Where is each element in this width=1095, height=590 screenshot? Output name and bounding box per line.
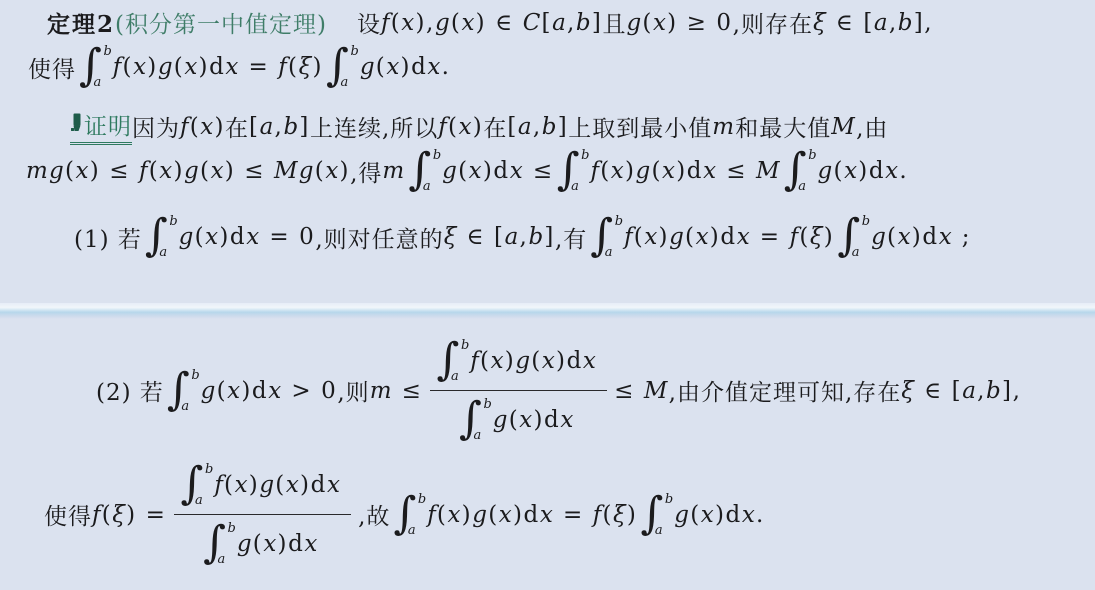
text-run: ,由 (856, 110, 888, 143)
math-run: g(x)dx ; (871, 224, 971, 250)
fraction-numerator: ∫baf(x)g(x)dx (430, 336, 608, 391)
integral: ∫ba (640, 490, 673, 540)
proof-label: 证明 (70, 108, 132, 145)
integral-bounds: ba (417, 490, 426, 540)
integral-lower-bound: a (159, 246, 177, 259)
integral-bounds: ba (227, 519, 236, 569)
conclusion-line: 使得 f(ξ) =∫baf(x)g(x)dx∫bag(x)dx,故∫baf(x)… (44, 460, 765, 569)
integral-lower-bound: a (218, 553, 236, 566)
integral-lower-bound: a (655, 524, 673, 537)
math-run: mg(x) ≤ f(x)g(x) ≤ Mg(x) (26, 158, 350, 184)
text-run: 在 (225, 110, 249, 143)
text-run: 设 (357, 6, 381, 39)
math-run: m ≤ (370, 378, 423, 404)
math-run: g(x)dx. (360, 54, 451, 80)
section-divider (0, 303, 1095, 319)
integral-bounds: ba (807, 146, 816, 196)
integral-lower-bound: a (423, 180, 441, 193)
math-run: g(x)dx (237, 531, 319, 557)
text-run: ,故 (358, 498, 390, 531)
integral-upper-bound: b (103, 45, 111, 58)
text-run: 在 (483, 110, 507, 143)
integral-upper-bound: b (483, 398, 491, 411)
integral-upper-bound: b (350, 45, 358, 58)
integral-bounds: ba (432, 146, 441, 196)
integral-lower-bound: a (571, 180, 589, 193)
integral-bounds: ba (614, 212, 623, 262)
math-run: m (712, 114, 735, 140)
integral-bounds: ba (102, 42, 111, 92)
math-run: m (382, 158, 405, 184)
text-run: 且 (602, 6, 626, 39)
math-run: ≤ M (614, 378, 669, 404)
math-run: g(x)dx (493, 407, 575, 433)
integral-lower-bound: a (340, 76, 358, 89)
theorem-title-line: 定理2(积分第一中值定理)设 f(x),g(x) ∈ C[a,b] 且 g(x)… (47, 6, 933, 39)
integral: ∫ba (837, 212, 870, 262)
math-run: f(x)g(x)dx (214, 472, 341, 498)
text-run: , (924, 10, 932, 36)
integral-bounds: ba (580, 146, 589, 196)
fraction: ∫baf(x)g(x)dx∫bag(x)dx (174, 460, 352, 569)
integral-lower-bound: a (798, 180, 816, 193)
math-run: f(x)g(x)dx ≤ M (590, 158, 780, 184)
math-run: g(x)dx. (818, 158, 909, 184)
text-run: (1) 若 (74, 221, 142, 254)
integral-upper-bound: b (581, 149, 589, 162)
math-run: f(x) (438, 114, 483, 140)
math-run: g(x)dx = 0 (179, 224, 316, 250)
integral-upper-bound: b (228, 522, 236, 535)
integral-bounds: ba (190, 366, 199, 416)
integral-lower-bound: a (195, 494, 213, 507)
integral-upper-bound: b (191, 369, 199, 382)
text-run: ,则对任意的 (315, 221, 443, 254)
text-run: ,由介值定理可知,存在 (669, 374, 902, 407)
text-run: , (1013, 378, 1021, 404)
fraction-denominator: ∫bag(x)dx (196, 515, 329, 569)
integral-lower-bound: a (473, 429, 491, 442)
integral-lower-bound: a (852, 246, 870, 259)
math-run: ξ ∈ [a,b] (901, 378, 1012, 404)
text-run: 上取到最小值 (568, 110, 712, 143)
math-run: g(x)dx > 0 (201, 378, 338, 404)
math-run: g(x)dx. (674, 502, 765, 528)
integral-bounds: ba (460, 336, 469, 386)
math-run: g(x)dx ≤ (442, 158, 554, 184)
text-run: 因为 (132, 110, 180, 143)
text-run: ,则 (337, 374, 369, 407)
integral-lower-bound: a (605, 246, 623, 259)
math-run: f(x)g(x)dx (470, 348, 597, 374)
integral-bounds: ba (664, 490, 673, 540)
math-run: [a,b] (507, 114, 568, 140)
theorem-subtitle: (积分第一中值定理) (115, 6, 327, 39)
integral-bounds: ba (168, 212, 177, 262)
integral-upper-bound: b (418, 493, 426, 506)
integral: ∫ba (393, 490, 426, 540)
math-run: f(x),g(x) ∈ C[a,b] (381, 10, 602, 36)
text-run: ,有 (555, 221, 587, 254)
fraction: ∫baf(x)g(x)dx∫bag(x)dx (430, 336, 608, 445)
integral: ∫ba (408, 146, 441, 196)
integral-bounds: ba (204, 460, 213, 510)
math-run: f(x)g(x)dx = f(ξ) (624, 224, 834, 250)
integral-upper-bound: b (808, 149, 816, 162)
fraction-numerator: ∫baf(x)g(x)dx (174, 460, 352, 515)
integral: ∫ba (437, 336, 470, 386)
integral: ∫ba (145, 212, 178, 262)
theorem-conclusion-line: 使得∫baf(x)g(x)dx = f(ξ)∫bag(x)dx. (28, 42, 451, 92)
integral-upper-bound: b (205, 463, 213, 476)
integral-lower-bound: a (181, 400, 199, 413)
integral: ∫ba (326, 42, 359, 92)
integral-bounds: ba (349, 42, 358, 92)
integral: ∫ba (784, 146, 817, 196)
theorem-title: 定理2 (47, 6, 115, 39)
text-run: ,得 (350, 155, 382, 188)
inequality-line: mg(x) ≤ f(x)g(x) ≤ Mg(x),得 m∫bag(x)dx ≤∫… (26, 146, 908, 196)
integral-upper-bound: b (461, 339, 469, 352)
text-run: 上连续,所以 (310, 110, 438, 143)
integral-upper-bound: b (862, 215, 870, 228)
integral: ∫ba (590, 212, 623, 262)
math-run: f(x)g(x)dx = f(ξ) (427, 502, 637, 528)
textbook-page: 定理2(积分第一中值定理)设 f(x),g(x) ∈ C[a,b] 且 g(x)… (0, 0, 1095, 590)
proof-start-line: 证明 因为 f(x) 在[a,b] 上连续,所以 f(x) 在[a,b] 上取到… (70, 108, 888, 145)
math-run: M (831, 114, 856, 140)
integral: ∫ba (167, 366, 200, 416)
text-run: ,则存在 (733, 6, 813, 39)
math-run: g(x) ≥ 0 (626, 10, 732, 36)
case-1-line: (1) 若∫bag(x)dx = 0,则对任意的 ξ ∈ [a,b],有∫baf… (74, 212, 971, 262)
math-run: f(x) (180, 114, 225, 140)
integral: ∫ba (79, 42, 112, 92)
text-run: (2) 若 (96, 374, 164, 407)
text-run: 使得 (44, 498, 92, 531)
math-run: [a,b] (249, 114, 310, 140)
text-run: 使得 (28, 51, 76, 84)
integral: ∫ba (459, 395, 492, 445)
integral: ∫ba (181, 460, 214, 510)
math-run: f(ξ) = (92, 502, 167, 528)
integral-bounds: ba (861, 212, 870, 262)
integral-upper-bound: b (433, 149, 441, 162)
integral-lower-bound: a (408, 524, 426, 537)
integral-upper-bound: b (169, 215, 177, 228)
integral-upper-bound: b (665, 493, 673, 506)
integral: ∫ba (557, 146, 590, 196)
text-run: 和最大值 (735, 110, 831, 143)
proof-label-text: 证明 (84, 108, 132, 141)
case-2-line: (2) 若∫bag(x)dx > 0,则 m ≤∫baf(x)g(x)dx∫ba… (96, 336, 1021, 445)
math-run: ξ ∈ [a,b] (444, 224, 555, 250)
integral-lower-bound: a (93, 76, 111, 89)
integral-lower-bound: a (451, 370, 469, 383)
integral-bounds: ba (482, 395, 491, 445)
integral-upper-bound: b (615, 215, 623, 228)
integral: ∫ba (203, 519, 236, 569)
math-run: f(x)g(x)dx = f(ξ) (113, 54, 323, 80)
fraction-denominator: ∫bag(x)dx (452, 391, 585, 445)
pen-icon (70, 112, 82, 138)
math-run: ξ ∈ [a,b] (813, 10, 924, 36)
